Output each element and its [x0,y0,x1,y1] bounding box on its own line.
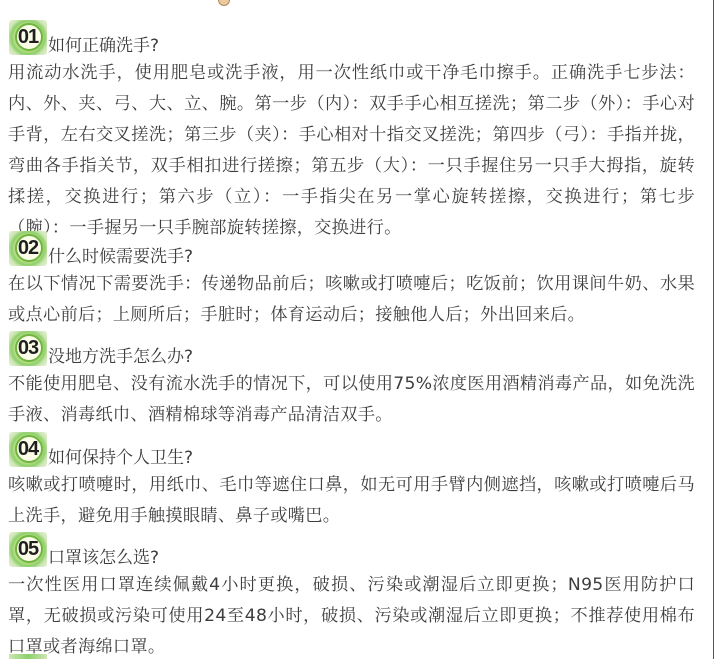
number-badge-icon: 03 [9,331,47,366]
badge-number: 02 [9,236,47,260]
section-title: 什么时候需要洗手? [48,246,193,268]
section-heading: 02 什么时候需要洗手? [0,231,713,269]
section-body: 不能使用肥皂、没有流水洗手的情况下，可以使用75%浓度医用酒精消毒产品，如免洗洗… [0,369,713,431]
section-heading: 03 没地方洗手怎么办? [0,331,713,369]
section-05: 05 口罩该怎么选? 一次性医用口罩连续佩戴4小时更换，破损、污染或潮湿后立即更… [0,532,713,659]
section-heading: 05 口罩该怎么选? [0,532,713,570]
section-02: 02 什么时候需要洗手? 在以下情况下需要洗手：传递物品前后；咳嗽或打喷嚏后；吃… [0,231,713,331]
section-body: 在以下情况下需要洗手：传递物品前后；咳嗽或打喷嚏后；吃饭前；饮用课间牛奶、水果或… [0,269,713,331]
section-body: 一次性医用口罩连续佩戴4小时更换，破损、污染或潮湿后立即更换；N95医用防护口罩… [0,570,713,659]
section-01: 01 如何正确洗手? 用流动水洗手，使用肥皂或洗手液，用一次性纸巾或干净毛巾擦手… [0,20,713,244]
badge-number: 01 [9,25,47,49]
section-heading: 01 如何正确洗手? [0,20,713,58]
section-title: 如何保持个人卫生? [48,447,193,469]
badge-number: 03 [9,336,47,360]
number-badge-icon: 05 [9,532,47,567]
section-heading: 04 如何保持个人卫生? [0,432,713,470]
section-body: 咳嗽或打喷嚏时，用纸巾、毛巾等遮住口鼻，如无可用手臂内侧遮挡，咳嗽或打喷嚏后马上… [0,470,713,532]
badge-number: 05 [9,537,47,561]
top-decoration-dot [218,0,230,6]
number-badge-icon: 02 [9,231,47,266]
section-title: 没地方洗手怎么办? [48,346,193,368]
section-03: 03 没地方洗手怎么办? 不能使用肥皂、没有流水洗手的情况下，可以使用75%浓度… [0,331,713,431]
badge-number: 04 [9,437,47,461]
section-body: 用流动水洗手，使用肥皂或洗手液，用一次性纸巾或干净毛巾擦手。正确洗手七步法：内、… [0,58,713,244]
number-badge-icon: 04 [9,432,47,467]
section-title: 口罩该怎么选? [48,547,159,569]
section-04: 04 如何保持个人卫生? 咳嗽或打喷嚏时，用纸巾、毛巾等遮住口鼻，如无可用手臂内… [0,432,713,532]
article-page: 01 如何正确洗手? 用流动水洗手，使用肥皂或洗手液，用一次性纸巾或干净毛巾擦手… [0,0,714,659]
number-badge-icon: 01 [9,20,47,55]
section-title: 如何正确洗手? [48,35,159,57]
next-badge-icon-partial [9,654,47,659]
